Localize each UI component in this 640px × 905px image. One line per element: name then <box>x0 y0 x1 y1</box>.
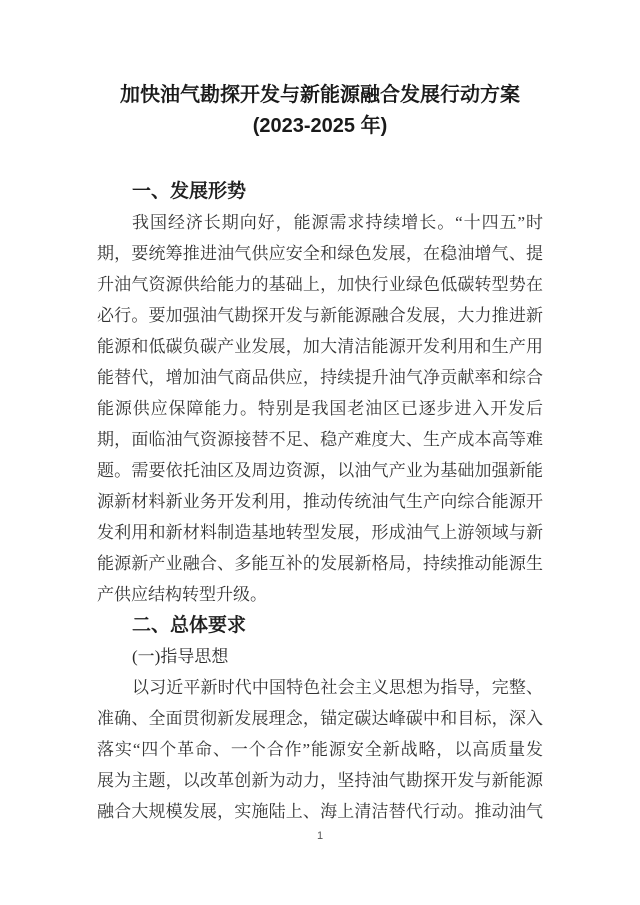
paragraph-line: 准确、全面贯彻新发展理念，锚定碳达峰碳中和目标，深入 <box>97 703 543 734</box>
paragraph-line: 产供应结构转型升级。 <box>97 579 543 610</box>
paragraph-line: 能源新产业融合、多能互补的发展新格局，持续推动能源生 <box>97 548 543 579</box>
document-title: 加快油气勘探开发与新能源融合发展行动方案 <box>97 80 543 111</box>
paragraph-line: 必行。要加强油气勘探开发与新能源融合发展，大力推进新 <box>97 300 543 331</box>
paragraph-line: 融合大规模发展，实施陆上、海上清洁替代行动。推动油气 <box>97 796 543 827</box>
paragraph-line: 升油气资源供给能力的基础上，加快行业绿色低碳转型势在 <box>97 269 543 300</box>
section-subheading-guiding-ideology: (一)指导思想 <box>97 641 543 672</box>
paragraph-line: 源新材料新业务开发利用，推动传统油气生产向综合能源开 <box>97 486 543 517</box>
section-heading-development-situation: 一、发展形势 <box>97 176 543 207</box>
paragraph-line: 期，面临油气资源接替不足、稳产难度大、生产成本高等难 <box>97 424 543 455</box>
paragraph-line: 落实“四个革命、一个合作”能源安全新战略，以高质量发 <box>97 734 543 765</box>
document-page: 加快油气勘探开发与新能源融合发展行动方案 (2023-2025 年) 一、发展形… <box>0 0 640 905</box>
paragraph-line: 期，要统筹推进油气供应安全和绿色发展，在稳油增气、提 <box>97 238 543 269</box>
paragraph-line: 题。需要依托油区及周边资源，以油气产业为基础加强新能 <box>97 455 543 486</box>
section-heading-overall-requirements: 二、总体要求 <box>97 610 543 641</box>
paragraph-line: 我国经济长期向好，能源需求持续增长。“十四五”时 <box>97 207 543 238</box>
paragraph-line: 能替代，增加油气商品供应，持续提升油气净贡献率和综合 <box>97 362 543 393</box>
paragraph-line: 能源供应保障能力。特别是我国老油区已逐步进入开发后 <box>97 393 543 424</box>
paragraph-line: 能源和低碳负碳产业发展，加大清洁能源开发利用和生产用 <box>97 331 543 362</box>
paragraph-line: 发利用和新材料制造基地转型发展，形成油气上游领域与新 <box>97 517 543 548</box>
page-number: 1 <box>97 827 543 845</box>
document-subtitle: (2023-2025 年) <box>97 111 543 142</box>
paragraph-line: 以习近平新时代中国特色社会主义思想为指导，完整、 <box>97 672 543 703</box>
paragraph-line: 展为主题，以改革创新为动力，坚持油气勘探开发与新能源 <box>97 765 543 796</box>
